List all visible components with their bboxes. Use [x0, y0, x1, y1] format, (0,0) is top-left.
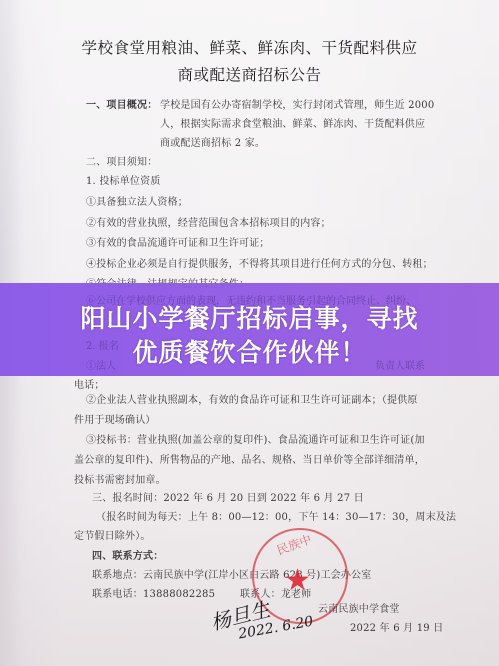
section3-note-line2: 定节假日除外）。	[74, 527, 151, 542]
section2-reg2-line2: 件用于现场确认）	[74, 411, 156, 426]
document-title-line2: 商或配送商招标公告	[0, 63, 499, 85]
section1-line1: 学校是国有公办寄宿制学校，实行封闭式管理，师生近 2000	[160, 96, 434, 111]
headline-banner: ⑥公司在学校供应方面的表现，无违约和不当服务引起的合同终止、纠纷、 2. 报名 …	[0, 283, 499, 376]
section4-heading: 四、联系方式：	[92, 547, 163, 562]
section2-reg1-cont: 电话；	[74, 376, 105, 391]
section1-heading: 一、项目概况：	[86, 96, 157, 111]
document-title-line1: 学校食堂用粮油、鲜菜、鲜冻肉、干货配料供应	[0, 36, 499, 58]
section2-item4: ④投标企业必须是自行提供服务，不得将其项目进行任何方式的分包、转租；	[86, 255, 433, 270]
section1-line2: 人，根据实际需求食堂粮油、鲜菜、鲜冻肉、干货配料供应	[160, 115, 425, 130]
section2-item1: ①具备独立法人资格；	[86, 193, 188, 208]
section2-reg3-line2: 盖公章的复印件)、所售物品的产地、品名、规格、当日单价等全部详细清单，	[74, 451, 425, 466]
section2-reg3-line3: 投标书需密封加章。	[74, 471, 166, 486]
section2-item3: ③有效的食品流通许可证和卫生许可证；	[86, 234, 270, 249]
issuer-name: 云南民族中学食堂	[318, 600, 400, 615]
headline-line1: 阳山小学餐厅招标启事，寻找	[0, 299, 499, 335]
section3-heading: 三、报名时间：2022 年 6 月 20 日到 2022 年 6 月 27 日	[92, 489, 364, 504]
section2-heading: 二、项目须知：	[86, 153, 157, 168]
seal-star-icon: ★	[284, 566, 311, 596]
section2-sub1: 1. 投标单位资质	[86, 172, 161, 187]
contact-phone: 联系电话：13888082285	[92, 585, 215, 600]
section2-reg3-line1: ③投标书：营业执照(加盖公章的复印件)、食品流通许可证和卫生许可证(加	[86, 431, 425, 446]
headline-line2: 优质餐饮合作伙伴！	[0, 333, 499, 369]
section2-reg2-line1: ②企业法人营业执照副本，有效的食品许可证和卫生许可证副本；（提供原	[86, 391, 418, 406]
section2-item2: ②有效的营业执照，经营范围包含本招标项目的内容；	[86, 214, 331, 229]
issue-date: 2022 年 6 月 19 日	[350, 619, 443, 634]
section3-note-line1: （报名时间为每天：上午 8：00—12：00，下午 14：30—17：30，周末…	[96, 508, 456, 523]
section1-line3: 商或配送商招标 2 家。	[160, 134, 265, 149]
